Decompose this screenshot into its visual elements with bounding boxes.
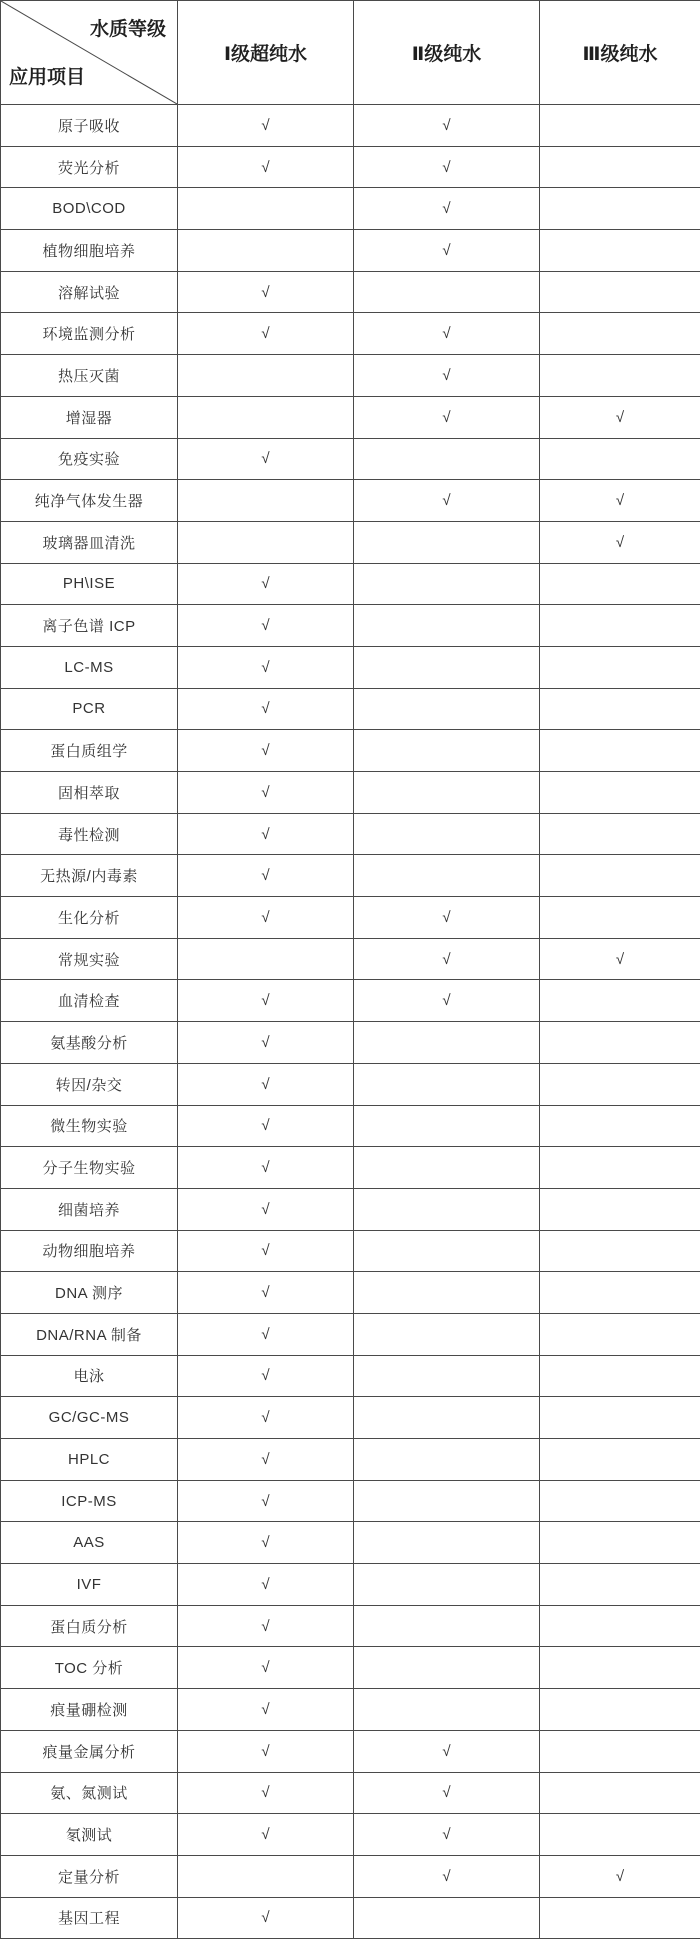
check-mark-cell: √	[540, 938, 700, 980]
row-label: 植物细胞培养	[1, 230, 178, 272]
empty-cell	[540, 188, 700, 230]
empty-cell	[540, 605, 700, 647]
empty-cell	[540, 730, 700, 772]
check-mark-cell: √	[354, 1814, 540, 1856]
check-mark-cell: √	[178, 1063, 354, 1105]
check-mark-cell: √	[178, 1188, 354, 1230]
check-mark-cell: √	[354, 1772, 540, 1814]
empty-cell	[178, 521, 354, 563]
check-mark-cell: √	[540, 480, 700, 522]
empty-cell	[540, 1313, 700, 1355]
check-mark-cell: √	[354, 313, 540, 355]
empty-cell	[354, 438, 540, 480]
row-label: DNA 测序	[1, 1272, 178, 1314]
row-label: 生化分析	[1, 897, 178, 939]
empty-cell	[540, 855, 700, 897]
empty-cell	[354, 1897, 540, 1939]
table-row: 蛋白质分析√	[1, 1605, 700, 1647]
check-mark-cell: √	[178, 772, 354, 814]
check-mark-cell: √	[178, 1814, 354, 1856]
empty-cell	[540, 1147, 700, 1189]
row-label: ICP-MS	[1, 1480, 178, 1522]
empty-cell	[354, 521, 540, 563]
table-row: 蛋白质组学√	[1, 730, 700, 772]
empty-cell	[540, 230, 700, 272]
empty-cell	[540, 1439, 700, 1481]
empty-cell	[540, 772, 700, 814]
row-label: 常规实验	[1, 938, 178, 980]
empty-cell	[178, 480, 354, 522]
table-row: 基因工程√	[1, 1897, 700, 1939]
table-row: 痕量金属分析√√	[1, 1730, 700, 1772]
check-mark-cell: √	[540, 396, 700, 438]
row-label: 免疫实验	[1, 438, 178, 480]
table-row: 分子生物实验√	[1, 1147, 700, 1189]
row-label: 细菌培养	[1, 1188, 178, 1230]
empty-cell	[354, 605, 540, 647]
corner-header-cell: 水质等级 应用项目	[1, 1, 178, 105]
empty-cell	[540, 813, 700, 855]
table-row: 血清检查√√	[1, 980, 700, 1022]
check-mark-cell: √	[354, 1730, 540, 1772]
table-row: 环境监测分析√√	[1, 313, 700, 355]
check-mark-cell: √	[354, 897, 540, 939]
table-row: LC-MS√	[1, 646, 700, 688]
row-label: LC-MS	[1, 646, 178, 688]
row-label: 无热源/内毒素	[1, 855, 178, 897]
row-label: 纯净气体发生器	[1, 480, 178, 522]
row-label: 离子色谱 ICP	[1, 605, 178, 647]
row-label: HPLC	[1, 1439, 178, 1481]
check-mark-cell: √	[540, 521, 700, 563]
table-row: 增湿器√√	[1, 396, 700, 438]
empty-cell	[540, 313, 700, 355]
empty-cell	[354, 563, 540, 605]
check-mark-cell: √	[178, 1147, 354, 1189]
row-label: 环境监测分析	[1, 313, 178, 355]
row-label: GC/GC-MS	[1, 1397, 178, 1439]
check-mark-cell: √	[178, 438, 354, 480]
check-mark-cell: √	[178, 1105, 354, 1147]
table-row: 纯净气体发生器√√	[1, 480, 700, 522]
table-row: PCR√	[1, 688, 700, 730]
corner-label-application: 应用项目	[9, 62, 85, 89]
row-label: 溶解试验	[1, 271, 178, 313]
row-label: 热压灭菌	[1, 355, 178, 397]
check-mark-cell: √	[354, 188, 540, 230]
check-mark-cell: √	[354, 396, 540, 438]
empty-cell	[354, 1522, 540, 1564]
water-grade-application-table: 水质等级 应用项目 Ⅰ级超纯水 Ⅱ级纯水 Ⅲ级纯水 原子吸收√√荧光分析√√BO…	[0, 0, 700, 1939]
row-label: 氨基酸分析	[1, 1022, 178, 1064]
corner-label-water-grade: 水质等级	[90, 14, 166, 41]
empty-cell	[178, 396, 354, 438]
table-body: 原子吸收√√荧光分析√√BOD\COD√植物细胞培养√溶解试验√环境监测分析√√…	[1, 105, 700, 1939]
table-row: 细菌培养√	[1, 1188, 700, 1230]
empty-cell	[178, 188, 354, 230]
row-label: AAS	[1, 1522, 178, 1564]
row-label: 蛋白质分析	[1, 1605, 178, 1647]
check-mark-cell: √	[354, 146, 540, 188]
header-row: 水质等级 应用项目 Ⅰ级超纯水 Ⅱ级纯水 Ⅲ级纯水	[1, 1, 700, 105]
table-row: 无热源/内毒素√	[1, 855, 700, 897]
empty-cell	[354, 1063, 540, 1105]
check-mark-cell: √	[178, 730, 354, 772]
empty-cell	[354, 1230, 540, 1272]
page: 水质等级 应用项目 Ⅰ级超纯水 Ⅱ级纯水 Ⅲ级纯水 原子吸收√√荧光分析√√BO…	[0, 0, 700, 1942]
column-header-grade2: Ⅱ级纯水	[354, 1, 540, 105]
row-label: 微生物实验	[1, 1105, 178, 1147]
row-label: IVF	[1, 1564, 178, 1606]
empty-cell	[540, 1230, 700, 1272]
empty-cell	[540, 1689, 700, 1731]
table-row: HPLC√	[1, 1439, 700, 1481]
empty-cell	[354, 1105, 540, 1147]
table-row: DNA/RNA 制备√	[1, 1313, 700, 1355]
row-label: 基因工程	[1, 1897, 178, 1939]
empty-cell	[178, 938, 354, 980]
check-mark-cell: √	[354, 230, 540, 272]
row-label: 动物细胞培养	[1, 1230, 178, 1272]
check-mark-cell: √	[178, 1480, 354, 1522]
check-mark-cell: √	[354, 980, 540, 1022]
empty-cell	[354, 1564, 540, 1606]
row-label: 定量分析	[1, 1855, 178, 1897]
empty-cell	[540, 1272, 700, 1314]
row-label: 玻璃器皿清洗	[1, 521, 178, 563]
table-row: GC/GC-MS√	[1, 1397, 700, 1439]
table-row: PH\ISE√	[1, 563, 700, 605]
check-mark-cell: √	[178, 1230, 354, 1272]
check-mark-cell: √	[178, 105, 354, 147]
check-mark-cell: √	[178, 1272, 354, 1314]
check-mark-cell: √	[178, 980, 354, 1022]
check-mark-cell: √	[178, 1897, 354, 1939]
empty-cell	[540, 271, 700, 313]
empty-cell	[354, 271, 540, 313]
table-row: 植物细胞培养√	[1, 230, 700, 272]
check-mark-cell: √	[178, 1439, 354, 1481]
table-row: 溶解试验√	[1, 271, 700, 313]
check-mark-cell: √	[178, 1355, 354, 1397]
row-label: BOD\COD	[1, 188, 178, 230]
empty-cell	[540, 105, 700, 147]
column-header-grade3: Ⅲ级纯水	[540, 1, 700, 105]
empty-cell	[354, 1647, 540, 1689]
table-row: ICP-MS√	[1, 1480, 700, 1522]
table-row: 免疫实验√	[1, 438, 700, 480]
empty-cell	[540, 897, 700, 939]
empty-cell	[540, 563, 700, 605]
check-mark-cell: √	[178, 1022, 354, 1064]
check-mark-cell: √	[178, 897, 354, 939]
row-label: 电泳	[1, 1355, 178, 1397]
table-row: 离子色谱 ICP√	[1, 605, 700, 647]
check-mark-cell: √	[178, 605, 354, 647]
check-mark-cell: √	[178, 1522, 354, 1564]
empty-cell	[540, 1397, 700, 1439]
empty-cell	[354, 1480, 540, 1522]
empty-cell	[354, 1022, 540, 1064]
check-mark-cell: √	[354, 355, 540, 397]
row-label: 痕量硼检测	[1, 1689, 178, 1731]
check-mark-cell: √	[178, 688, 354, 730]
table-row: BOD\COD√	[1, 188, 700, 230]
empty-cell	[540, 1105, 700, 1147]
empty-cell	[540, 1730, 700, 1772]
empty-cell	[354, 646, 540, 688]
empty-cell	[540, 1522, 700, 1564]
row-label: TOC 分析	[1, 1647, 178, 1689]
empty-cell	[354, 1147, 540, 1189]
empty-cell	[178, 355, 354, 397]
row-label: 氨、氮测试	[1, 1772, 178, 1814]
table-row: 痕量硼检测√	[1, 1689, 700, 1731]
empty-cell	[540, 688, 700, 730]
row-label: 痕量金属分析	[1, 1730, 178, 1772]
row-label: 血清检查	[1, 980, 178, 1022]
check-mark-cell: √	[354, 105, 540, 147]
empty-cell	[354, 730, 540, 772]
empty-cell	[540, 1022, 700, 1064]
empty-cell	[540, 980, 700, 1022]
check-mark-cell: √	[354, 480, 540, 522]
check-mark-cell: √	[178, 1647, 354, 1689]
table-row: 荧光分析√√	[1, 146, 700, 188]
check-mark-cell: √	[178, 1313, 354, 1355]
table-row: AAS√	[1, 1522, 700, 1564]
empty-cell	[540, 355, 700, 397]
empty-cell	[354, 855, 540, 897]
empty-cell	[354, 688, 540, 730]
empty-cell	[540, 1480, 700, 1522]
row-label: 增湿器	[1, 396, 178, 438]
empty-cell	[354, 1439, 540, 1481]
empty-cell	[540, 1772, 700, 1814]
empty-cell	[540, 146, 700, 188]
empty-cell	[540, 1564, 700, 1606]
row-label: 转因/杂交	[1, 1063, 178, 1105]
empty-cell	[354, 1188, 540, 1230]
table-row: DNA 测序√	[1, 1272, 700, 1314]
row-label: PCR	[1, 688, 178, 730]
row-label: 原子吸收	[1, 105, 178, 147]
empty-cell	[354, 1605, 540, 1647]
empty-cell	[540, 646, 700, 688]
check-mark-cell: √	[178, 1605, 354, 1647]
table-row: 热压灭菌√	[1, 355, 700, 397]
row-label: 分子生物实验	[1, 1147, 178, 1189]
table-row: 玻璃器皿清洗√	[1, 521, 700, 563]
empty-cell	[354, 1272, 540, 1314]
table-row: 氨、氮测试√√	[1, 1772, 700, 1814]
table-row: 氡测试√√	[1, 1814, 700, 1856]
table-row: 生化分析√√	[1, 897, 700, 939]
empty-cell	[354, 1689, 540, 1731]
row-label: 氡测试	[1, 1814, 178, 1856]
row-label: 毒性检测	[1, 813, 178, 855]
check-mark-cell: √	[178, 313, 354, 355]
check-mark-cell: √	[178, 1397, 354, 1439]
empty-cell	[540, 1814, 700, 1856]
check-mark-cell: √	[178, 146, 354, 188]
empty-cell	[178, 1855, 354, 1897]
table-row: 毒性检测√	[1, 813, 700, 855]
check-mark-cell: √	[354, 1855, 540, 1897]
empty-cell	[540, 1063, 700, 1105]
empty-cell	[354, 1397, 540, 1439]
check-mark-cell: √	[178, 646, 354, 688]
table-row: 转因/杂交√	[1, 1063, 700, 1105]
column-header-grade1: Ⅰ级超纯水	[178, 1, 354, 105]
table-row: 微生物实验√	[1, 1105, 700, 1147]
table-row: 电泳√	[1, 1355, 700, 1397]
empty-cell	[540, 1355, 700, 1397]
empty-cell	[540, 1188, 700, 1230]
row-label: DNA/RNA 制备	[1, 1313, 178, 1355]
table-row: 原子吸收√√	[1, 105, 700, 147]
empty-cell	[540, 1647, 700, 1689]
row-label: 蛋白质组学	[1, 730, 178, 772]
table-row: 氨基酸分析√	[1, 1022, 700, 1064]
check-mark-cell: √	[178, 271, 354, 313]
empty-cell	[540, 1605, 700, 1647]
check-mark-cell: √	[178, 1689, 354, 1731]
table-row: IVF√	[1, 1564, 700, 1606]
table-row: 常规实验√√	[1, 938, 700, 980]
check-mark-cell: √	[178, 1772, 354, 1814]
table-row: TOC 分析√	[1, 1647, 700, 1689]
empty-cell	[354, 772, 540, 814]
table-row: 固相萃取√	[1, 772, 700, 814]
row-label: 固相萃取	[1, 772, 178, 814]
check-mark-cell: √	[178, 1564, 354, 1606]
empty-cell	[354, 1313, 540, 1355]
empty-cell	[178, 230, 354, 272]
empty-cell	[354, 813, 540, 855]
check-mark-cell: √	[178, 813, 354, 855]
empty-cell	[540, 1897, 700, 1939]
check-mark-cell: √	[178, 1730, 354, 1772]
check-mark-cell: √	[178, 855, 354, 897]
empty-cell	[540, 438, 700, 480]
check-mark-cell: √	[540, 1855, 700, 1897]
empty-cell	[354, 1355, 540, 1397]
row-label: PH\ISE	[1, 563, 178, 605]
check-mark-cell: √	[354, 938, 540, 980]
row-label: 荧光分析	[1, 146, 178, 188]
check-mark-cell: √	[178, 563, 354, 605]
table-row: 动物细胞培养√	[1, 1230, 700, 1272]
table-row: 定量分析√√	[1, 1855, 700, 1897]
